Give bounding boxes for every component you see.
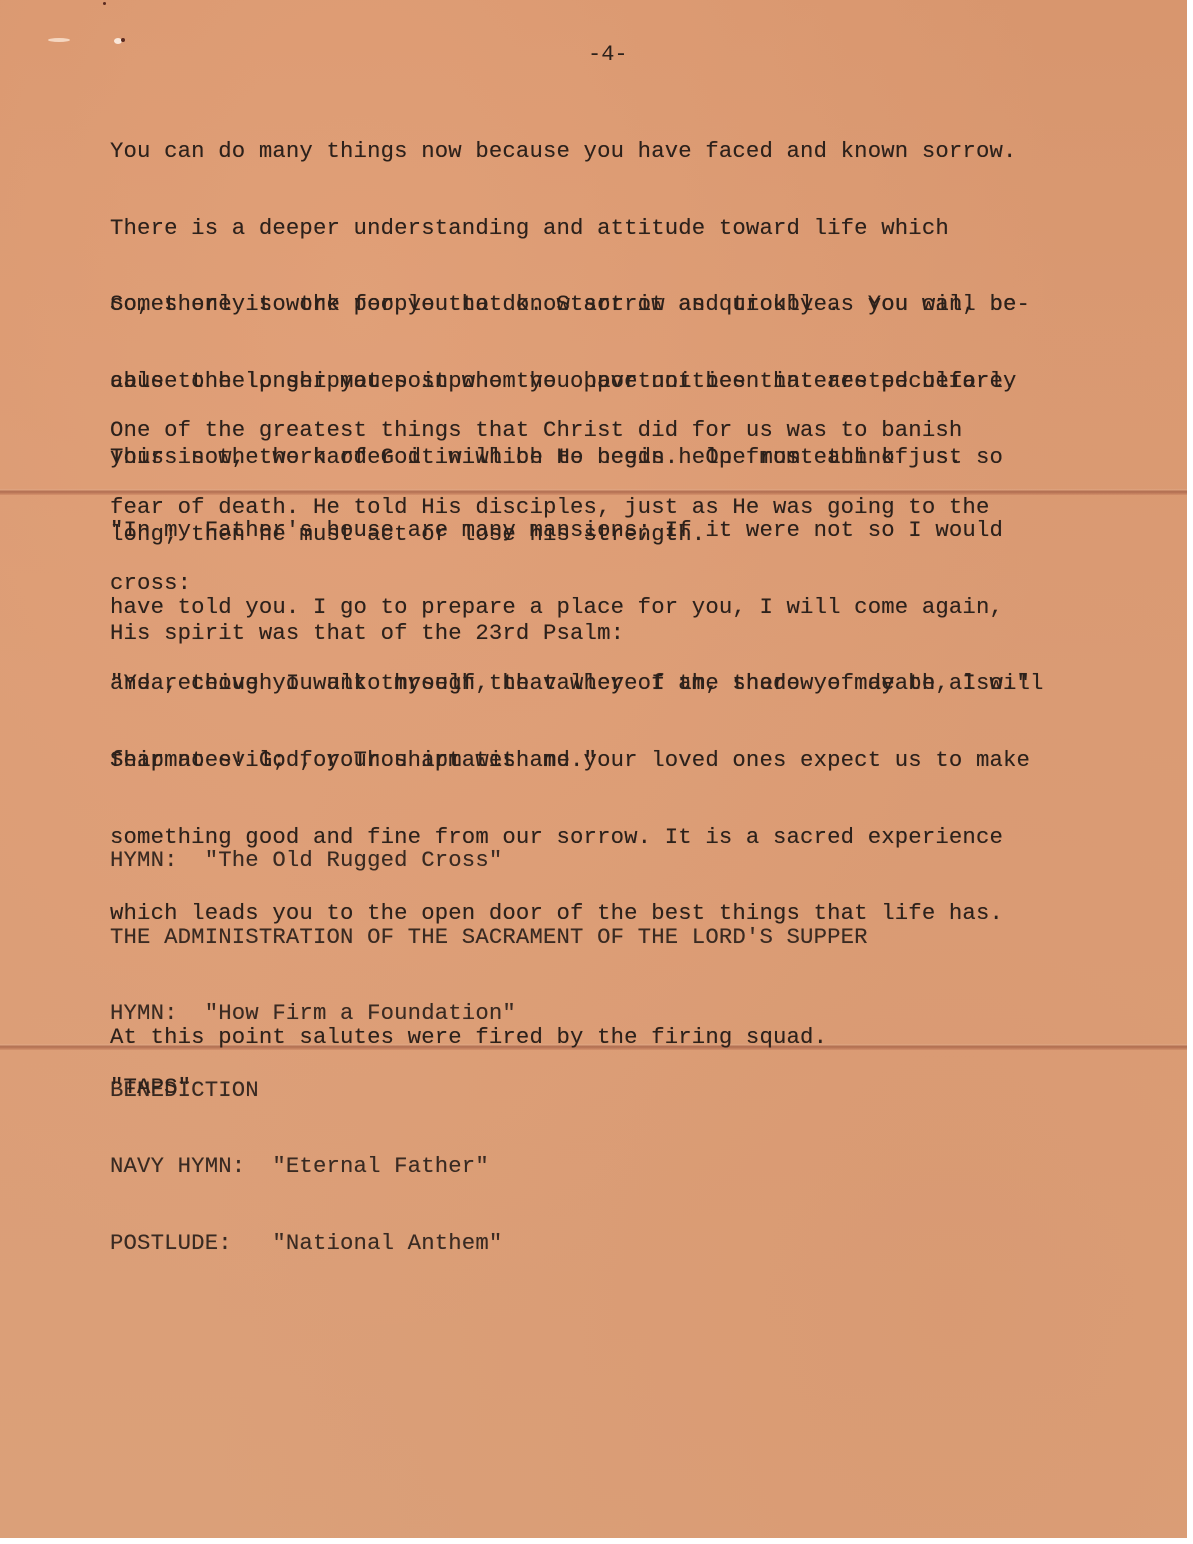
- paper-blemish: [48, 38, 70, 42]
- text-line: "TAPS": [110, 1075, 191, 1101]
- closing-note: At this point salutes were fired by the …: [110, 974, 827, 1102]
- service-item: NAVY HYMN: "Eternal Father": [110, 1154, 868, 1180]
- service-item: HYMN: "The Old Rugged Cross": [110, 848, 868, 874]
- typewritten-page: -4- You can do many things now because y…: [0, 0, 1187, 1538]
- page-number: -4-: [588, 42, 628, 67]
- service-item: THE ADMINISTRATION OF THE SACRAMENT OF T…: [110, 925, 868, 951]
- taps-line: "TAPS": [110, 1024, 191, 1152]
- text-line: One of the greatest things that Christ d…: [110, 418, 989, 444]
- text-line: At this point salutes were fired by the …: [110, 1025, 827, 1051]
- paper-blemish: [121, 38, 125, 42]
- service-item: POSTLUDE: "National Anthem": [110, 1231, 868, 1257]
- text-line: "In my Father's house are many mansions;…: [110, 518, 1030, 544]
- text-line: Shipmates! God, your shipmates and your …: [110, 748, 1030, 774]
- text-line: "Yea, though I walk through the valley o…: [110, 671, 1044, 697]
- text-line: There is a deeper understanding and atti…: [110, 216, 1017, 242]
- text-line: So, there is work for you to do. Start i…: [110, 292, 1030, 318]
- text-line: You can do many things now because you h…: [110, 139, 1017, 165]
- paper-blemish: [103, 2, 106, 5]
